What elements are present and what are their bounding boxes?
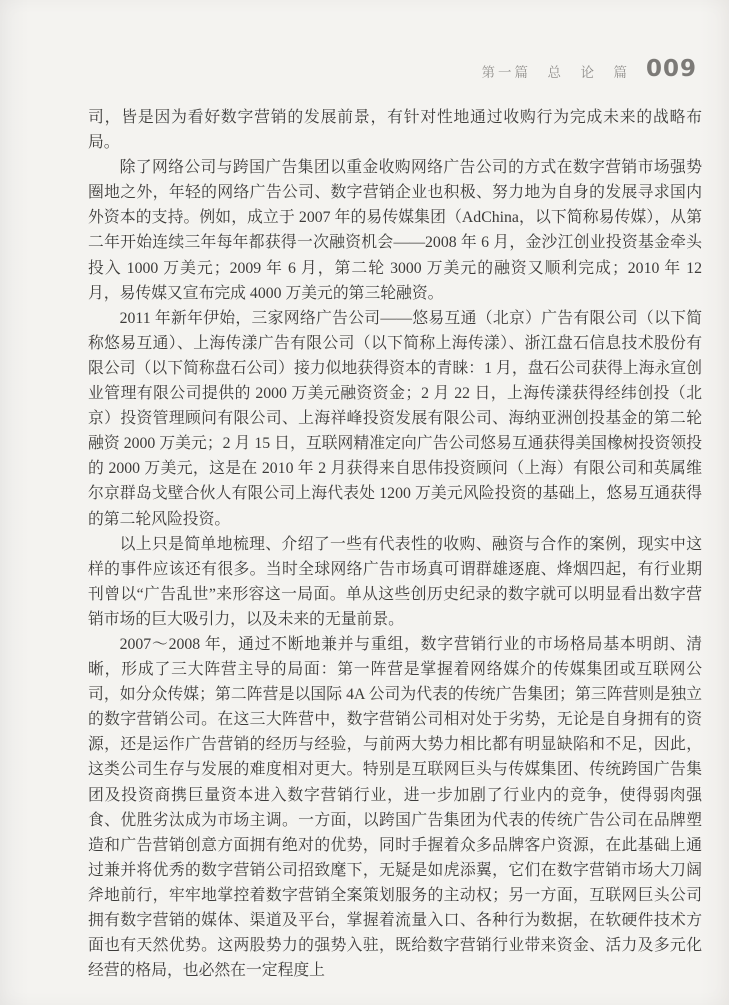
paragraph: 除了网络公司与跨国广告集团以重金收购网络广告公司的方式在数字营销市场强势圈地之外… <box>88 155 702 306</box>
section-title: 第一篇 总 论 篇 <box>481 60 630 80</box>
paragraph: 以上只是简单地梳理、介绍了一些有代表性的收购、融资与合作的案例，现实中这样的事件… <box>88 532 702 632</box>
book-page: 第一篇 总 论 篇 009 司，皆是因为看好数字营销的发展前景，有针对性地通过收… <box>0 0 729 1005</box>
running-head: 第一篇 总 论 篇 009 <box>481 58 697 81</box>
paragraph: 2007～2008 年，通过不断地兼并与重组，数字营销行业的市场格局基本明朗、清… <box>88 632 702 983</box>
page-number: 009 <box>646 58 697 81</box>
page-body-text: 司，皆是因为看好数字营销的发展前景，有针对性地通过收购行为完成未来的战略布局。除… <box>88 105 702 983</box>
paragraph: 司，皆是因为看好数字营销的发展前景，有针对性地通过收购行为完成未来的战略布局。 <box>88 105 702 155</box>
paragraph: 2011 年新年伊始，三家网络广告公司——悠易互通（北京）广告有限公司（以下简称… <box>88 306 702 532</box>
